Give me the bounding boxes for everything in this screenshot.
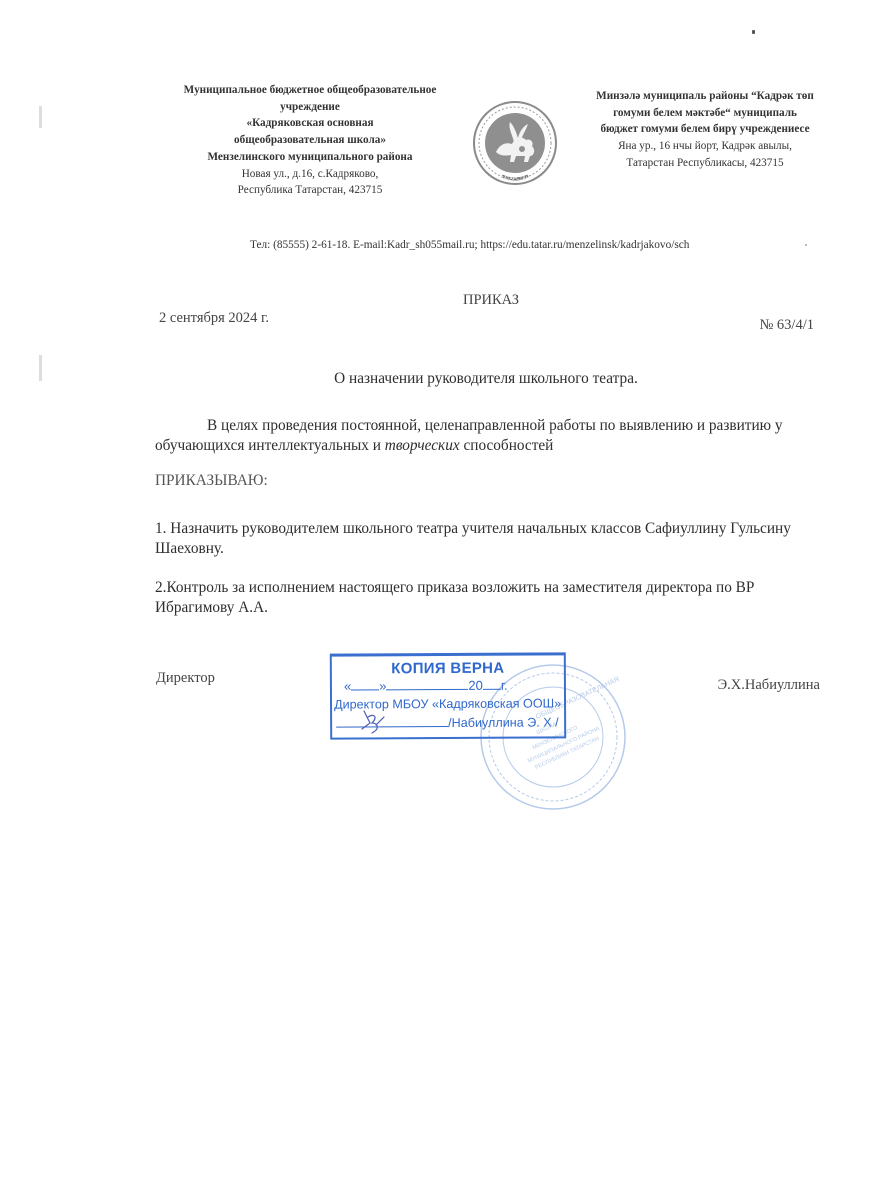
stamp-year: 20 — [468, 678, 483, 693]
preamble-paragraph: В целях проведения постоянной, целенапра… — [155, 416, 835, 456]
handwritten-signature-icon — [358, 707, 388, 739]
letterhead-left: Муниципальное бюджетное общеобразователь… — [150, 82, 470, 199]
contact-text: Тел: (85555) 2-61-18. E-mail:Kadr_sh055m… — [250, 239, 689, 251]
org-name-line: учреждение — [150, 99, 470, 116]
stamp-signer: /Набиуллина Э. Х / — [448, 715, 559, 730]
preamble-text: способностей — [460, 437, 554, 454]
org-name-line: Минзәлә муниципаль районы “Кадрәк төп — [565, 88, 845, 105]
directive-heading: ПРИКАЗЫВАЮ: — [155, 471, 835, 491]
order-title: ПРИКАЗ — [0, 292, 872, 309]
order-item-2: 2.Контроль за исполнением настоящего при… — [155, 578, 835, 618]
preamble-italic: творческих — [385, 437, 460, 454]
stamp-title: КОПИЯ ВЕРНА — [332, 659, 564, 677]
signatory-role: Директор — [156, 670, 215, 687]
stamp-quote-open: « — [344, 679, 351, 694]
org-name-line: общеобразовательная школа» — [150, 132, 470, 149]
stamp-year-suffix: г. — [501, 678, 508, 693]
org-name-line: бюджет гомуми белем бирү учреждениесе — [565, 121, 845, 138]
tatarstan-coat-of-arms-icon: ТАТАРСТАН — [472, 100, 558, 186]
order-subject: О назначении руководителя школьного теат… — [0, 370, 872, 388]
stamp-quote-close: » — [379, 678, 386, 693]
order-item-1: 1. Назначить руководителем школьного теа… — [155, 519, 835, 559]
address-line: Республика Татарстан, 423715 — [150, 182, 470, 199]
org-name-line: «Кадряковская основная — [150, 115, 470, 132]
address-line: Новая ул., д.16, с.Кадряково, — [150, 166, 470, 183]
contact-info: Тел: (85555) 2-61-18. E-mail:Kadr_sh055m… — [250, 239, 689, 251]
scan-speck — [805, 244, 807, 246]
org-name-line: Муниципальное бюджетное общеобразователь… — [150, 82, 470, 99]
order-number: № 63/4/1 — [759, 317, 814, 334]
order-date: 2 сентября 2024 г. — [159, 310, 269, 327]
margin-scan-mark — [39, 106, 42, 128]
blank-day — [351, 679, 379, 690]
scan-speck — [752, 30, 755, 34]
address-line: Татарстан Республикасы, 423715 — [565, 155, 845, 172]
blank-signature — [336, 716, 448, 728]
signatory-name: Э.Х.Набиуллина — [718, 677, 820, 694]
org-name-line: гомуми белем мәктәбе“ муниципаль — [565, 105, 845, 122]
address-line: Яна ур., 16 нчы йорт, Кадрәк авылы, — [565, 138, 845, 155]
letterhead-right: Минзәлә муниципаль районы “Кадрәк төп го… — [565, 88, 845, 172]
blank-year — [483, 679, 501, 690]
stamp-date-line: «»20г. — [344, 678, 508, 694]
document-page: Муниципальное бюджетное общеобразователь… — [0, 0, 872, 1200]
district-line: Мензелинского муниципального района — [150, 149, 470, 166]
svg-text:ТАТАРСТАН: ТАТАРСТАН — [501, 176, 530, 182]
blank-month — [386, 679, 468, 690]
